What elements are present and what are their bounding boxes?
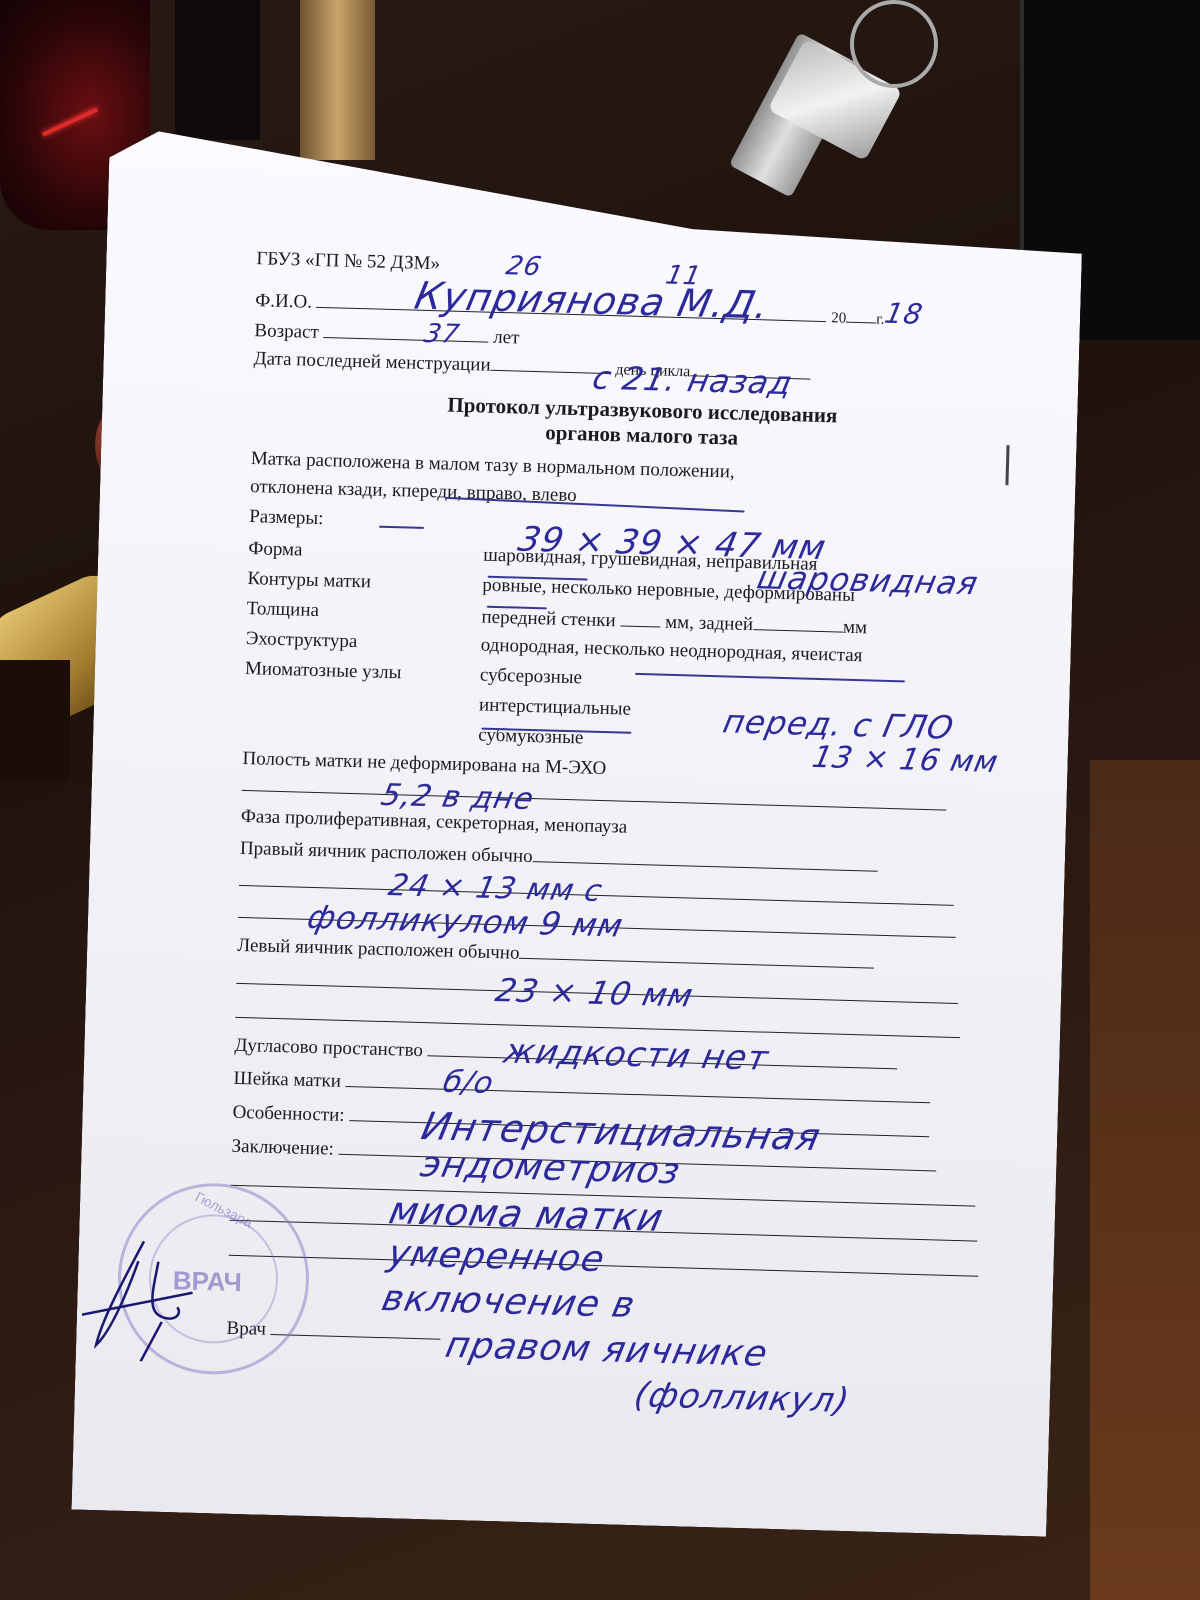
hand-douglas: жидкости нет <box>500 1031 772 1078</box>
hand-shape: шаровидная <box>754 558 982 602</box>
douglas-label: Дугласово простанство <box>234 1035 423 1061</box>
contours-label: Контуры матки <box>247 569 371 591</box>
doctor-signature <box>81 1220 225 1364</box>
features-label: Особенности: <box>232 1102 345 1126</box>
hand-conclusion7: (фолликул) <box>631 1375 853 1421</box>
form-body: ГБУЗ «ГП № 52 ДЗМ» Ф.И.О. 20г. Возраст л… <box>257 249 977 269</box>
cervix-label: Шейка матки <box>233 1068 341 1092</box>
echo-label: Эхоструктура <box>246 629 358 651</box>
hand-conclusion5: включение в <box>378 1278 639 1326</box>
age-line <box>323 321 488 343</box>
left-ovary-line <box>519 942 874 969</box>
key-ring <box>850 0 938 88</box>
myoma-label: Миоматозные узлы <box>245 659 402 682</box>
underline-normal-position <box>445 497 745 513</box>
thickness-anterior: передней стенки <box>481 607 616 632</box>
ultrasound-protocol-sheet: ГБУЗ «ГП № 52 ДЗМ» Ф.И.О. 20г. Возраст л… <box>71 130 1084 1537</box>
right-ovary-label: Правый яичник расположен обычно <box>240 838 533 867</box>
dark-jar <box>0 660 70 780</box>
thickness-mm2: мм <box>843 617 868 639</box>
fio-label: Ф.И.О. <box>255 290 312 313</box>
age-label: Возраст <box>254 320 319 343</box>
uterus-position-line1: Матка расположена в малом тазу в нормаль… <box>251 449 735 482</box>
conclusion-label: Заключение: <box>231 1136 334 1160</box>
hand-year: 18 <box>882 297 926 331</box>
underline-heterogeneous <box>635 673 905 683</box>
myoma-subserous: субсерозные <box>480 666 583 688</box>
year-prefix: 20 <box>831 310 846 326</box>
hand-conclusion3: миома матки <box>385 1188 667 1239</box>
age-row: Возраст лет <box>254 319 520 347</box>
thickness-mm1: мм, задней <box>665 612 753 635</box>
thickness-row: передней стенки мм, заднеймм <box>481 606 867 638</box>
clinic-name: ГБУЗ «ГП № 52 ДЗМ» <box>256 249 440 273</box>
lmp-label: Дата последней менструации <box>253 348 491 376</box>
black-container <box>175 0 260 140</box>
cavity-line <box>242 774 947 811</box>
margin-mark <box>1005 445 1009 485</box>
cavity-label: Полость матки не деформирована на М-ЭХО <box>242 749 606 778</box>
underline-posterior <box>379 526 424 529</box>
year-line <box>846 306 876 324</box>
hand-cervix: б/о <box>440 1065 497 1101</box>
desk-edge <box>1090 760 1200 1600</box>
right-ovary-row: Правый яичник расположен обычно <box>240 837 878 876</box>
lmp-line <box>491 354 611 374</box>
hand-age: 37 <box>421 319 462 350</box>
myoma-interstitial: интерстициальные <box>479 696 631 719</box>
age-unit: лет <box>493 327 520 349</box>
hand-lmp: с 21. назад <box>589 359 796 402</box>
hand-m-echo: 5,2 в дне <box>378 778 537 817</box>
hand-conclusion6: правом яичнике <box>442 1325 772 1375</box>
hand-conclusion4: умеренное <box>385 1233 609 1280</box>
hand-conclusion2: эндометриоз <box>417 1144 684 1192</box>
right-ovary-line <box>532 845 877 872</box>
gold-container <box>300 0 375 160</box>
keys <box>740 0 940 210</box>
hand-left-ovary: 23 × 10 мм <box>492 971 697 1014</box>
hand-myoma-note2: 13 × 16 мм <box>809 740 1001 780</box>
echo-options: однородная, несколько неоднородная, ячеи… <box>480 636 862 666</box>
anterior-line <box>620 609 660 627</box>
posterior-line <box>753 613 843 633</box>
thickness-label: Толщина <box>246 599 319 620</box>
shape-label: Форма <box>248 539 303 560</box>
sizes-label: Размеры: <box>249 507 324 528</box>
hand-patient-name: Куприянова М.Д. <box>411 274 773 328</box>
